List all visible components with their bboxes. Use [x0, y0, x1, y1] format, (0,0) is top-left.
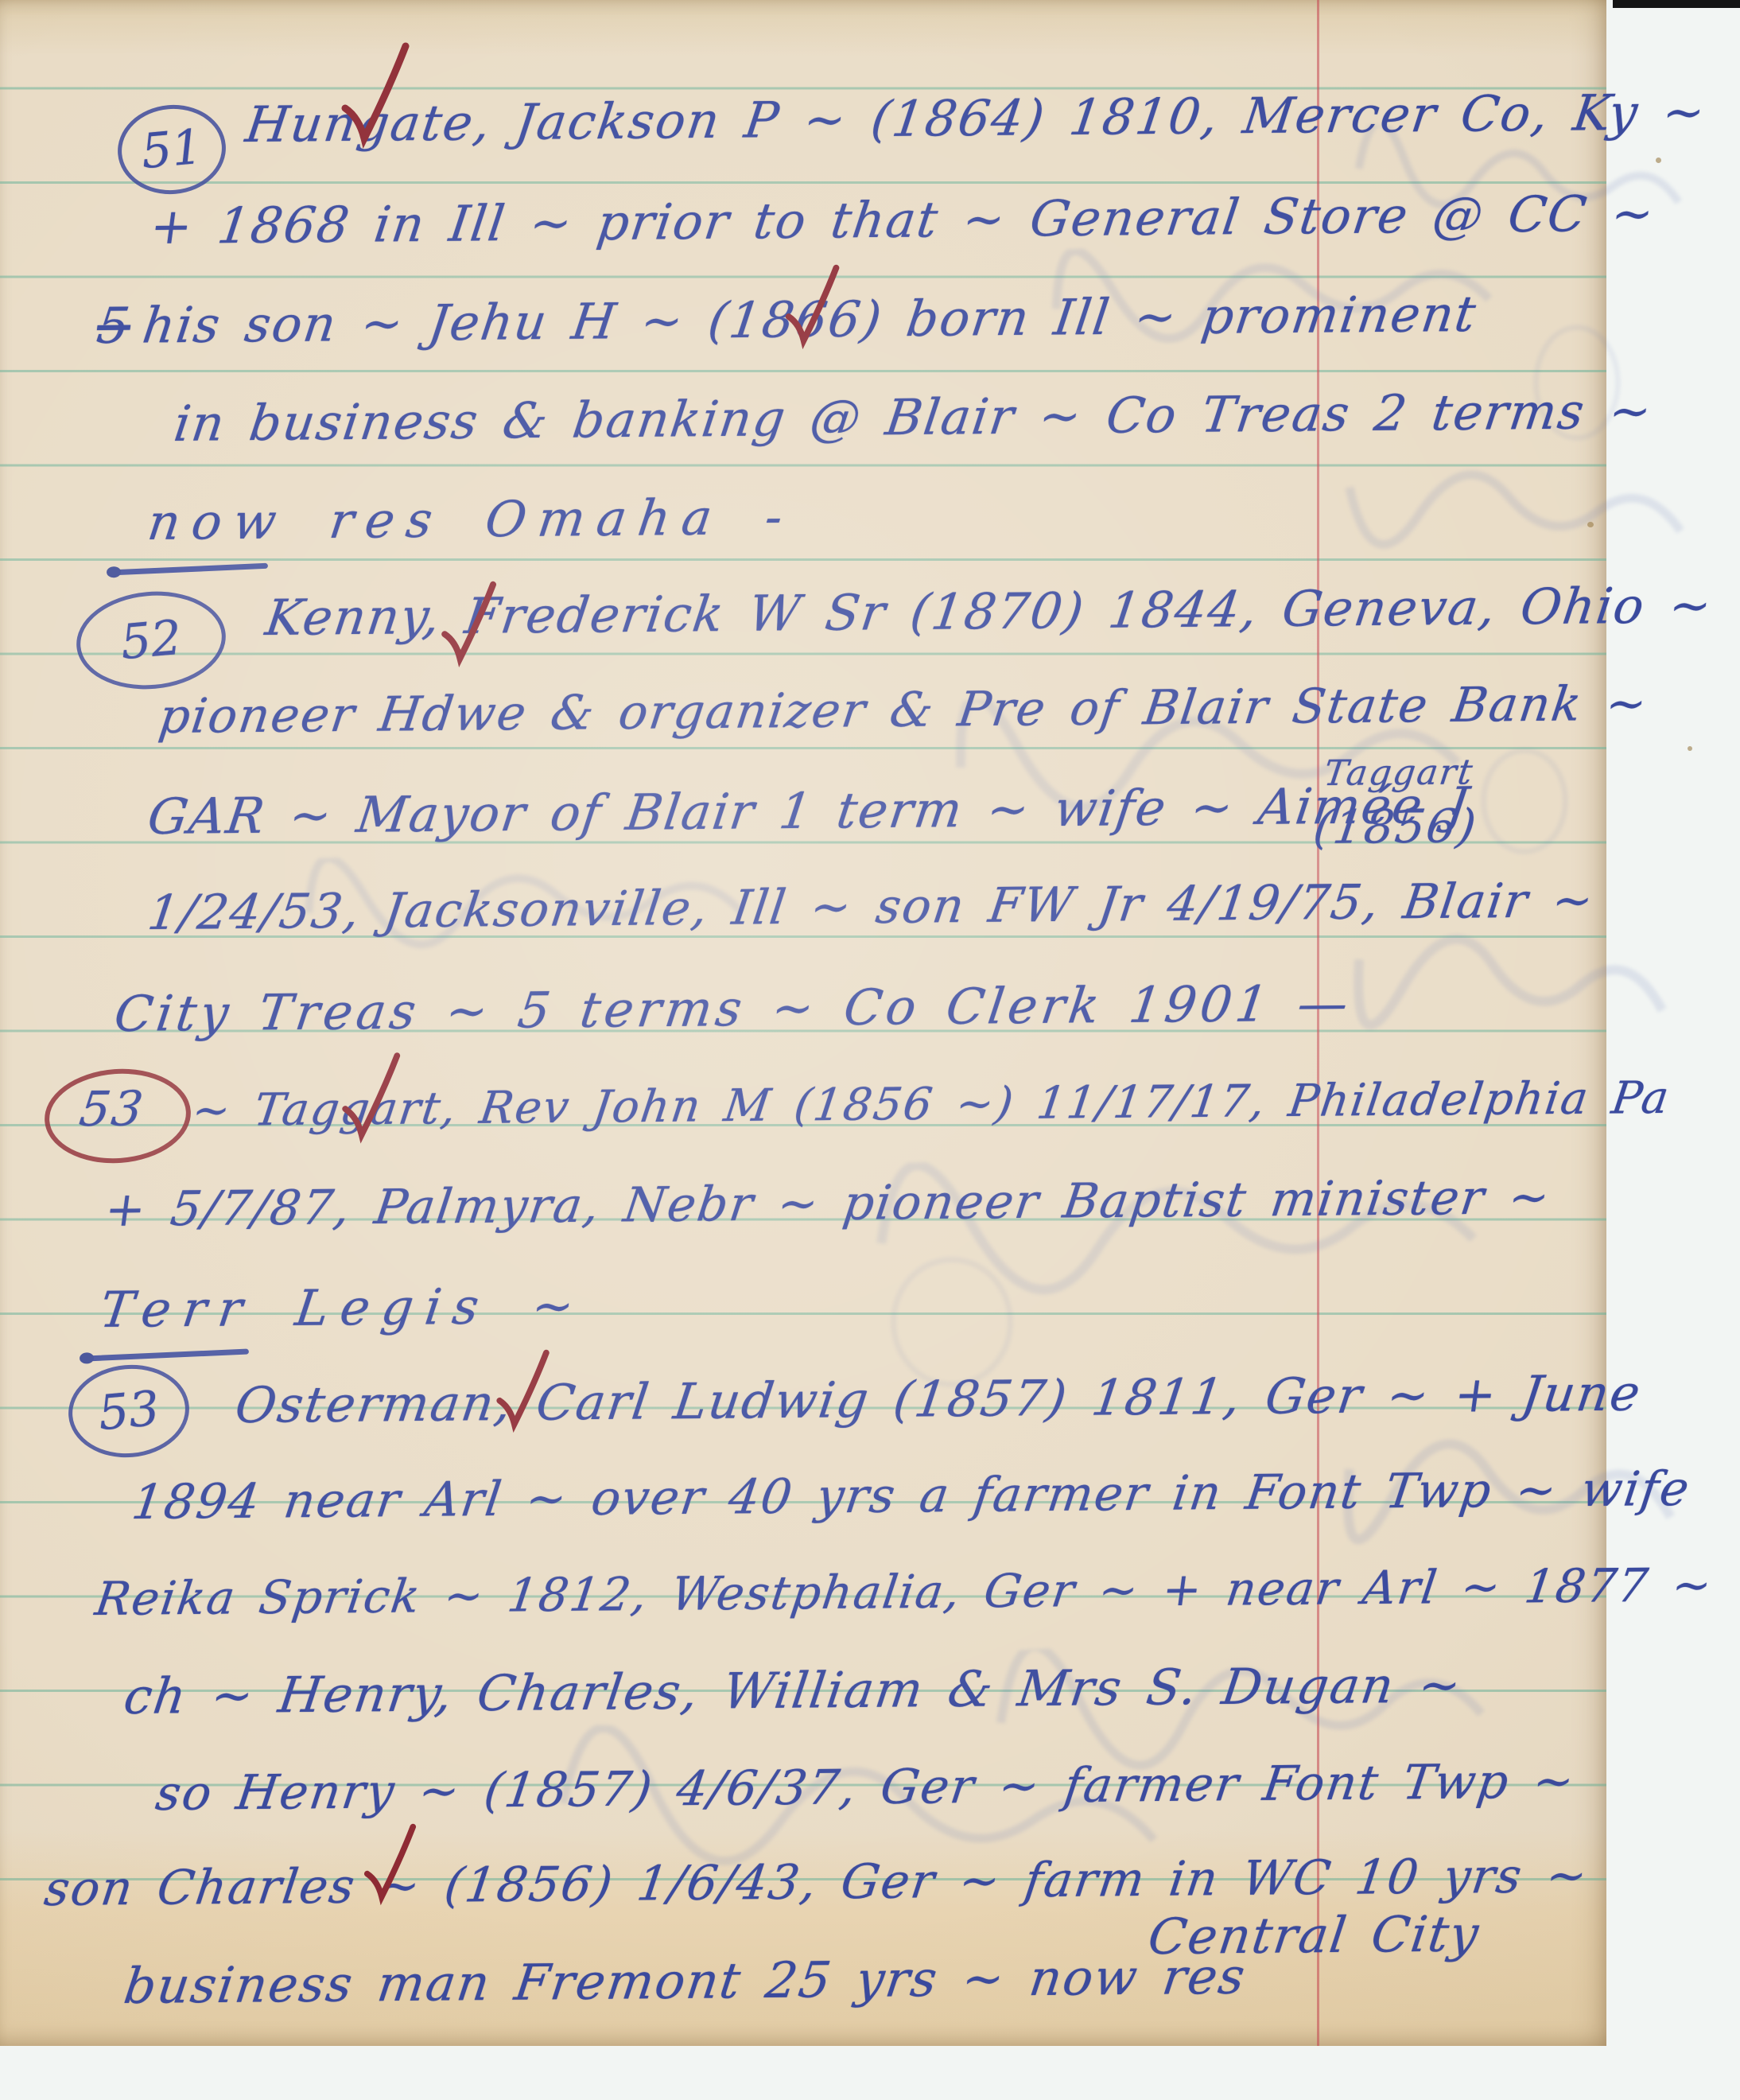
red-checkmark-icon [351, 1823, 426, 1907]
handwritten-line: now res Omaha - [145, 489, 798, 550]
handwritten-line: so Henry ~ (1857) 4/6/37, Ger ~ farmer F… [153, 1755, 1579, 1821]
ghost-circled-number [891, 1257, 1013, 1387]
scanner-edge-strip [1613, 0, 1740, 8]
handwritten-line: Terr Legis ~ [97, 1278, 589, 1338]
handwritten-line: Reika Sprick ~ 1812, Westphalia, Ger ~ +… [92, 1559, 1716, 1625]
red-checkmark-icon [484, 1349, 560, 1435]
handwritten-line: ch ~ Henry, Charles, William & Mrs S. Du… [121, 1657, 1466, 1724]
notebook-paper: 51 Hungate, Jackson P ~ (1864) 1810, Mer… [0, 0, 1606, 2046]
entry-number-52: 52 [72, 585, 230, 695]
dust-speck [1688, 746, 1692, 751]
entry-number-51: 51 [114, 100, 229, 198]
underline-stroke [86, 1349, 249, 1362]
struck-out-character: 5 [94, 297, 134, 355]
handwritten-line: Hungate, Jackson P ~ (1864) 1810, Mercer… [243, 84, 1710, 152]
dust-speck [1656, 157, 1661, 163]
red-checkmark-icon [334, 41, 414, 153]
ghost-circled-number [1481, 748, 1568, 854]
raised-phrase: Central City [1145, 1906, 1483, 1964]
red-checkmark-icon [429, 581, 506, 670]
underline-stroke [113, 563, 268, 575]
handwritten-line: in business & banking @ Blair ~ Co Treas… [171, 383, 1656, 452]
handwritten-line: ~ Taggart, Rev John M (1856 ~) 11/17/17,… [189, 1074, 1673, 1137]
handwritten-line: Osterman, Carl Ludwig (1857) 1811, Ger ~… [232, 1366, 1645, 1433]
handwritten-line: business man Fremont 25 yrs ~ now res [121, 1949, 1249, 2014]
red-checkmark-icon [331, 1052, 409, 1147]
dust-speck [1587, 522, 1594, 527]
red-checkmark-icon [773, 264, 849, 352]
entry-number-53-red: 53 [76, 1083, 147, 1137]
handwritten-line: + 1868 in Ill ~ prior to that ~ General … [147, 186, 1658, 255]
handwritten-line: City Treas ~ 5 terms ~ Co Clerk 1901 — [111, 975, 1355, 1041]
handwritten-line: (1856) [1311, 800, 1481, 854]
scanned-page: 51 Hungate, Jackson P ~ (1864) 1810, Mer… [0, 0, 1740, 2100]
handwritten-line: GAR ~ Mayor of Blair 1 term ~ wife ~ Aim… [145, 778, 1473, 845]
entry-number-53: 53 [64, 1360, 193, 1463]
superscript-surname: Taggart [1322, 752, 1476, 793]
ghost-bleed-through [1342, 440, 1688, 579]
